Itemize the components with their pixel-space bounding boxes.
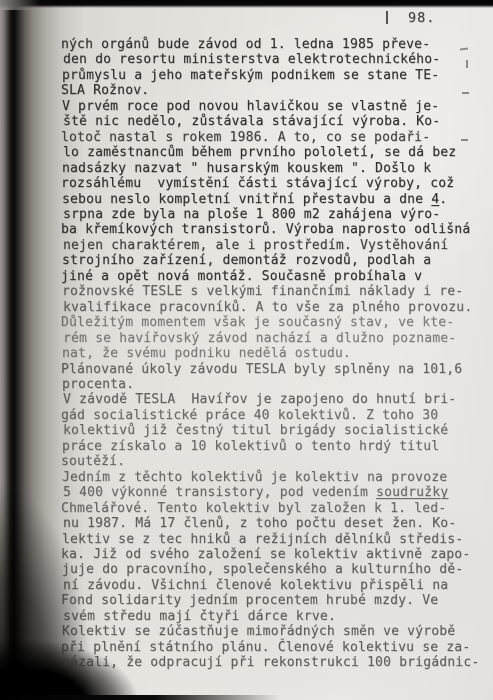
text-line: ka. Již od svého založení se kolektiv ak… [61,547,465,562]
text-line: srpna zde byla na ploše 1 800 m2 zahájen… [63,207,467,222]
text-line: sebou neslo kompletní vnitřní přestavbu … [62,192,466,207]
text-line: rém se havířovský závod nachází a dlužno… [63,331,467,346]
text-line: při plnění státního plánu. Členové kolek… [61,640,465,655]
text-line: Plánované úkoly závodu TESLA byly splněn… [61,362,465,377]
text-line: juje do pracovního, společenského a kult… [62,562,466,577]
text-line: Jedním z těchto kolektivů je kolektiv na… [62,470,466,485]
text-line: 5 400 výkonné transistory, pod vedením s… [63,485,467,500]
scan-edge-top-fade [0,0,40,10]
text-line: ných orgánů bude závod od 1. ledna 1985 … [61,37,465,52]
text-line: soutěží. [61,454,465,469]
text-line: práce získalo a 10 kolektivů o tento hrd… [62,439,466,454]
text-line: vázali, že odpracují při rekonstrukci 10… [62,655,466,670]
text-line: jiné a opět nová montáž. Současně probíh… [61,269,465,284]
margin-tick-mark [386,11,388,24]
text-line: lotoč nastal s rokem 1986. A to, co se p… [61,130,465,145]
text-line: V závodě TESLA Havířov je zapojeno do hn… [63,392,467,407]
text-line: strojního zařízení, demontáž rozvodů, po… [62,253,466,268]
text-line: nejen charaktérem, ale i prostředím. Vys… [63,238,467,253]
text-line: den do resortu ministerstva elektrotechn… [63,52,467,67]
text-line: ní závodu. Všichni členové kolektivu při… [63,578,467,593]
text-line: nadsázky nazvat " husarským kouskem ". D… [62,161,466,176]
text-line: Chmelářové. Tento kolektiv byl založen k… [61,501,465,516]
text-line: gád socialistické práce 40 kolektivů. Z … [61,408,465,423]
text-line: kvalifikace pracovníků. A to vše za plné… [63,300,467,315]
text-line: procenta. [62,377,466,392]
text-line: průmyslu a jeho mateřským podnikem se st… [62,68,466,83]
text-line: SLA Rožnov. [61,83,465,98]
text-line: Kolektiv se zúčastňuje mimořádných směn … [62,624,466,639]
text-line: kolektivů již čestný titul brigády socia… [63,423,467,438]
text-line: svém středu mají čtyři dárce krve. [63,609,467,624]
text-line: lektiv se z tec hniků a režijních dělník… [62,532,466,547]
text-line: ba křemíkových transistorů. Výroba napro… [61,222,465,237]
text-line: rožnovské TESLE s velkými finančními nák… [62,284,466,299]
scan-edge-top [0,0,493,8]
scanned-document-page: 98. ných orgánů bude závod od 1. ledna 1… [0,0,493,700]
text-line: Důležitým momentem však je současný stav… [61,315,465,330]
page-number: 98. [408,10,435,26]
text-line: lo zaměstnancům během prvního pololetí, … [63,145,467,160]
text-line: nu 1987. Má 17 členů, z toho počtu deset… [63,516,467,531]
typewritten-text-body: ných orgánů bude závod od 1. ledna 1985 … [62,37,466,671]
text-line: rozsáhlému vymístění části stávající výr… [61,176,465,191]
scan-edge-bottom [0,695,280,700]
text-line: ště nic nedělo, zůstávala stávající výro… [63,114,467,129]
text-line: V prvém roce pod novou hlavičkou se vlas… [62,99,466,114]
text-line: Fond solidarity jedním procentem hrubé m… [61,593,465,608]
text-line: nat, že svému podniku nedělá ostudu. [62,346,466,361]
